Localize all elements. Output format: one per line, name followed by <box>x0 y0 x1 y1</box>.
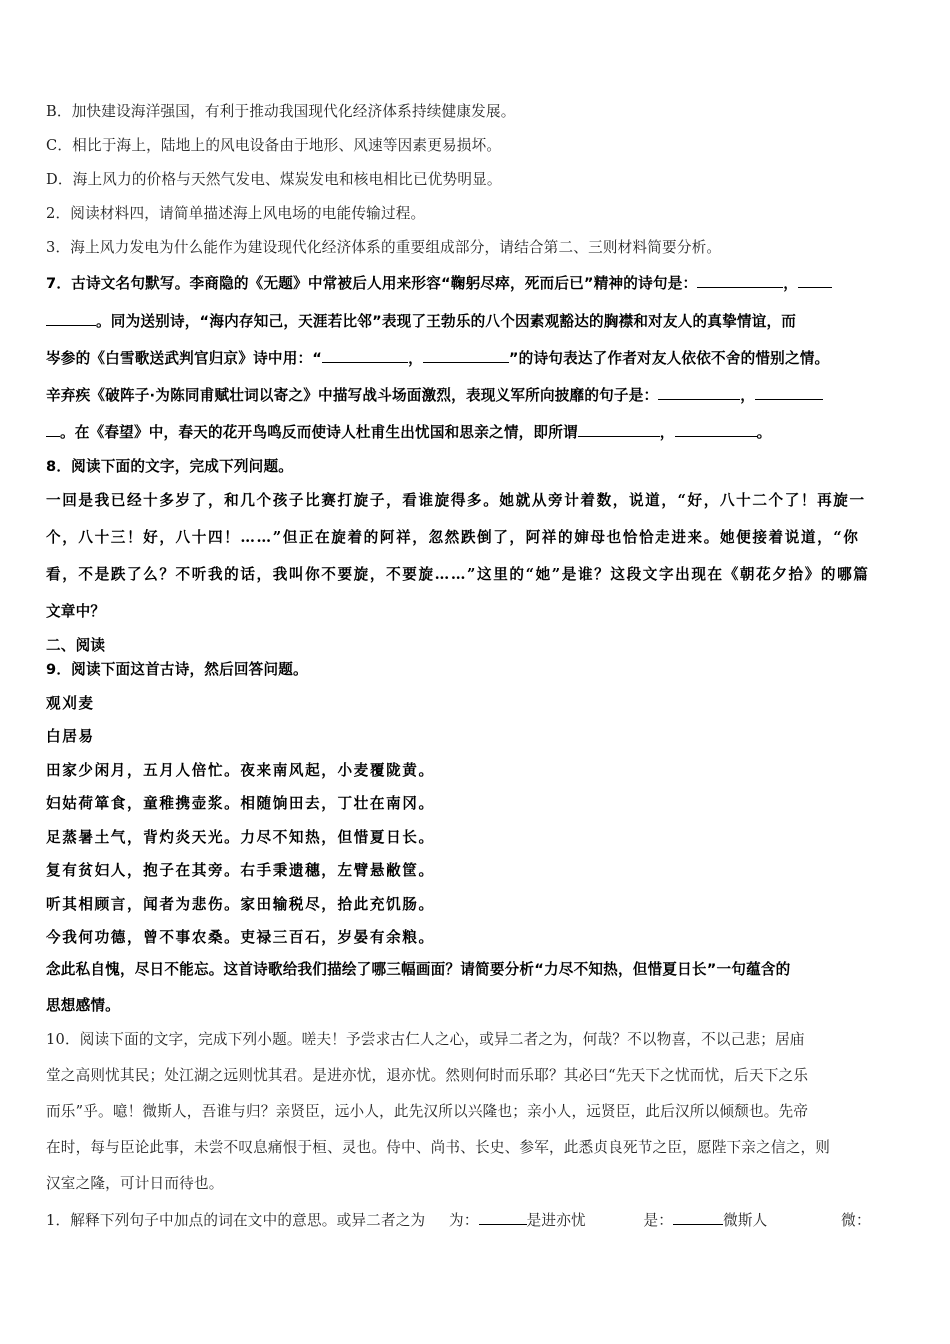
sub-question-intro: 1．解释下列句子中加点的词在文中的意思。或异二者之为 <box>46 1212 425 1229</box>
option-text: 海上风力的价格与天然气发电、煤炭发电和核电相比已优势明显。 <box>73 171 502 188</box>
option-b: B．加快建设海洋强国，有利于推动我国现代化经济体系持续健康发展。 <box>46 102 516 122</box>
q7-text: 7．古诗文名句默写。李商隐的《无题》中常被后人用来形容“鞠躬尽瘁，死而后已”精神… <box>46 275 697 292</box>
poem-title: 观刈麦 <box>46 694 95 714</box>
option-label: B． <box>46 103 72 120</box>
answer-blank[interactable] <box>675 422 757 437</box>
answer-blank[interactable] <box>423 348 509 363</box>
poem-line: 听其相顾言，闻者为悲伤。家田输税尽，拾此充饥肠。 <box>46 895 435 915</box>
answer-blank[interactable] <box>322 348 408 363</box>
option-label: C． <box>46 137 72 154</box>
q7-text: ”的诗句表达了作者对友人依依不舍的惜别之情。 <box>509 350 829 367</box>
q7-line-1: 7．古诗文名句默写。李商隐的《无题》中常被后人用来形容“鞠躬尽瘁，死而后已”精神… <box>46 273 832 294</box>
question-3: 3．海上风力发电为什么能作为建设现代化经济体系的重要组成部分，请结合第二、三则材… <box>46 238 721 258</box>
question-2: 2．阅读材料四，请简单描述海上风电场的电能传输过程。 <box>46 204 425 224</box>
q10-passage-line: 堂之高则忧其民；处江湖之远则忧其君。是进亦忧，退亦忧。然则何时而乐耶？其必曰“先… <box>46 1066 808 1086</box>
q10-passage-line: 10．阅读下面的文字，完成下列小题。嗟夫！予尝求古仁人之心，或异二者之为，何哉？… <box>46 1030 805 1050</box>
poem-line: 妇姑荷箪食，童稚携壶浆。相随饷田去，丁壮在南冈。 <box>46 794 435 814</box>
option-text: 相比于海上，陆地上的风电设备由于地形、风速等因素更易损坏。 <box>72 137 501 154</box>
poem-line: 复有贫妇人，抱子在其旁。右手秉遗穗，左臂悬敝筐。 <box>46 861 435 881</box>
item-label: 为： <box>449 1212 479 1229</box>
q8-passage-line: 一回是我已经十多岁了，和几个孩子比赛打旋子，看谁旋得多。她就从旁计着数，说道，“… <box>46 491 866 511</box>
item-label: 微： <box>841 1212 871 1229</box>
q9-title: 9．阅读下面这首古诗，然后回答问题。 <box>46 660 308 680</box>
q7-text: 。同为送别诗，“海内存知己，天涯若比邻”表现了王勃乐的八个因素观豁达的胸襟和对友… <box>96 313 796 330</box>
q10-passage-line: 在时，每与臣论此事，未尝不叹息痛恨于桓、灵也。侍中、尚书、长史、参军，此悉贞良死… <box>46 1138 830 1158</box>
answer-blank[interactable] <box>578 422 660 437</box>
section-heading: 二、阅读 <box>46 636 105 656</box>
option-label: D． <box>46 171 73 188</box>
q10-passage-line: 而乐”乎。噫！微斯人，吾谁与归？亲贤臣，远小人，此先汉所以兴隆也；亲小人，远贤臣… <box>46 1102 808 1122</box>
period: 。 <box>757 424 772 441</box>
poem-author: 白居易 <box>46 727 95 747</box>
poem-line: 田家少闲月，五月人倍忙。夜来南风起，小麦覆陇黄。 <box>46 761 435 781</box>
item-sentence: 是进亦忧 <box>527 1212 586 1229</box>
q10-passage-line: 汉室之隆，可计日而待也。 <box>46 1174 224 1194</box>
item-sentence: 微斯人 <box>723 1212 767 1229</box>
option-text: 加快建设海洋强国，有利于推动我国现代化经济体系持续健康发展。 <box>72 103 516 120</box>
answer-blank[interactable] <box>658 385 740 400</box>
comma: ， <box>783 275 798 292</box>
answer-blank[interactable] <box>673 1210 723 1225</box>
q10-sub-question-1: 1．解释下列句子中加点的词在文中的意思。或异二者之为 为：是进亦忧 是：微斯人 … <box>46 1210 916 1231</box>
q8-passage-line: 个，八十三！好，八十四！……”但正在旋着的阿祥，忽然跌倒了，阿祥的婶母也恰恰走进… <box>46 528 860 548</box>
q7-line-3: 岑参的《白雪歌送武判官归京》诗中用：“，”的诗句表达了作者对友人依依不舍的惜别之… <box>46 348 829 369</box>
q8-title: 8．阅读下面的文字，完成下列问题。 <box>46 457 293 477</box>
comma: ， <box>740 387 755 404</box>
poem-line: 今我何功德，曾不事农桑。吏禄三百石，岁晏有余粮。 <box>46 928 435 948</box>
q9-question: 思想感情。 <box>46 996 120 1016</box>
answer-blank[interactable] <box>46 422 60 437</box>
q7-line-2: 。同为送别诗，“海内存知己，天涯若比邻”表现了王勃乐的八个因素观豁达的胸襟和对友… <box>46 311 796 332</box>
q7-text: 辛弃疾《破阵子·为陈同甫赋壮词以寄之》中描写战斗场面激烈，表现义军所向披靡的句子… <box>46 387 658 404</box>
item-label: 是： <box>644 1212 674 1229</box>
q7-text: 岑参的《白雪歌送武判官归京》诗中用：“ <box>46 350 322 367</box>
answer-blank[interactable] <box>697 273 783 288</box>
answer-blank[interactable] <box>798 273 832 288</box>
answer-blank[interactable] <box>46 311 96 326</box>
comma: ， <box>408 350 423 367</box>
q7-text: 。在《春望》中，春天的花开鸟鸣反而使诗人杜甫生出忧国和思亲之情，即所谓 <box>60 424 578 441</box>
comma: ， <box>660 424 675 441</box>
q7-line-4: 辛弃疾《破阵子·为陈同甫赋壮词以寄之》中描写战斗场面激烈，表现义军所向披靡的句子… <box>46 385 823 406</box>
q9-question: 念此私自愧，尽日不能忘。这首诗歌给我们描绘了哪三幅画面？请简要分析“力尽不知热，… <box>46 960 790 980</box>
answer-blank[interactable] <box>479 1210 527 1225</box>
q7-line-5: 。在《春望》中，春天的花开鸟鸣反而使诗人杜甫生出忧国和思亲之情，即所谓，。 <box>46 422 771 443</box>
answer-blank[interactable] <box>755 385 823 400</box>
poem-line: 足蒸暑土气，背灼炎天光。力尽不知热，但惜夏日长。 <box>46 828 435 848</box>
q8-passage-line: 看，不是跌了么？不听我的话，我叫你不要旋，不要旋……”这里的“她”是谁？这段文字… <box>46 565 869 585</box>
q8-passage-line: 文章中？ <box>46 602 105 622</box>
option-c: C．相比于海上，陆地上的风电设备由于地形、风速等因素更易损坏。 <box>46 136 501 156</box>
option-d: D．海上风力的价格与天然气发电、煤炭发电和核电相比已优势明显。 <box>46 170 502 190</box>
